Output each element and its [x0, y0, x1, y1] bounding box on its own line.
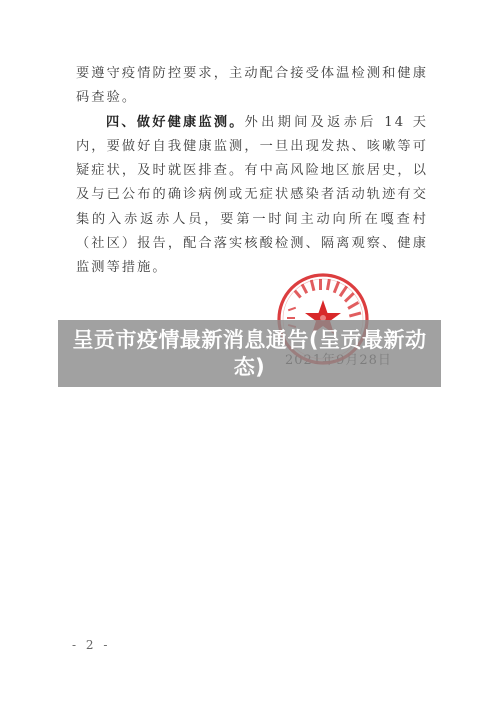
paragraph-1: 要遵守疫情防控要求，主动配合接受体温检测和健康码查验。 — [76, 62, 428, 111]
section-heading: 四、做好健康监测。 — [106, 115, 245, 130]
page-number: - 2 - — [72, 638, 110, 652]
paragraph-2: 四、做好健康监测。外出期间及返赤后 14 天内，要做好自我健康监测，一旦出现发热… — [76, 111, 428, 281]
document-body: 要遵守疫情防控要求，主动配合接受体温检测和健康码查验。 四、做好健康监测。外出期… — [76, 62, 428, 281]
document-page: 要遵守疫情防控要求，主动配合接受体温检测和健康码查验。 四、做好健康监测。外出期… — [0, 0, 500, 707]
article-title: 呈贡市疫情最新消息通告(呈贡最新动态) — [58, 327, 441, 381]
title-overlay-banner: 呈贡市疫情最新消息通告(呈贡最新动态) — [58, 320, 441, 387]
paragraph-2-body: 外出期间及返赤后 14 天内，要做好自我健康监测，一旦出现发热、咳嗽等可疑症状，… — [76, 115, 428, 276]
